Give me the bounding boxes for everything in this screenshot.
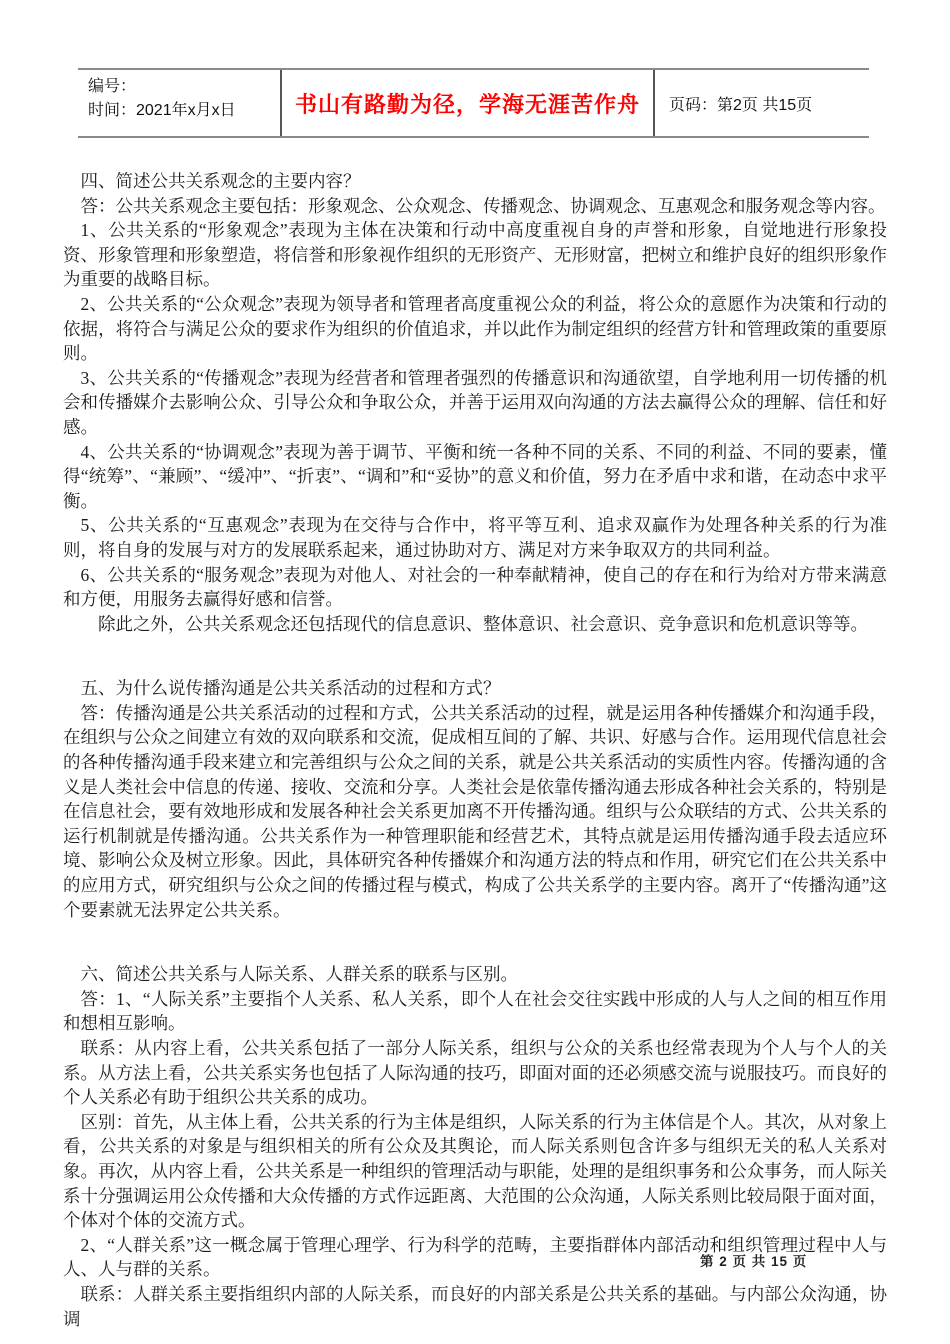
header-page-label: 页码：第2页 共15页 xyxy=(669,92,812,115)
paragraph: 答：公共关系观念主要包括：形象观念、公众观念、传播观念、协调观念、互惠观念和服务… xyxy=(63,194,887,219)
section-title: 四、简述公共关系观念的主要内容？ xyxy=(63,169,887,194)
paragraph: 答：传播沟通是公共关系活动的过程和方式，公共关系活动的过程，就是运用各种传播媒介… xyxy=(63,701,887,922)
header-motto-cell: 书山有路勤为径，学海无涯苦作舟 xyxy=(280,70,655,136)
document-page: 编号： 时间：2021年x月x日 书山有路勤为径，学海无涯苦作舟 页码：第2页 … xyxy=(0,0,950,1344)
header-left-cell: 编号： 时间：2021年x月x日 xyxy=(78,70,280,136)
section-6: 六、简述公共关系与人际关系、人群关系的联系与区别。 答：1、“人际关系”主要指个… xyxy=(63,962,887,1331)
paragraph: 6、公共关系的“服务观念”表现为对他人、对社会的一种奉献精神，使自己的存在和行为… xyxy=(63,563,887,612)
header-number-label: 编号： xyxy=(88,75,276,99)
paragraph: 答：1、“人际关系”主要指个人关系、私人关系，即个人在社会交往实践中形成的人与人… xyxy=(63,987,887,1036)
header-page-cell: 页码：第2页 共15页 xyxy=(655,70,869,136)
footer-page-number: 第 2 页 共 15 页 xyxy=(700,1250,807,1270)
paragraph: 3、公共关系的“传播观念”表现为经营者和管理者强烈的传播意识和沟通欲望，自学地利… xyxy=(63,366,887,440)
document-body: 四、简述公共关系观念的主要内容？ 答：公共关系观念主要包括：形象观念、公众观念、… xyxy=(63,169,887,1331)
paragraph: 4、公共关系的“协调观念”表现为善于调节、平衡和统一各种不同的关系、不同的利益、… xyxy=(63,440,887,514)
paragraph: 联系：从内容上看，公共关系包括了一部分人际关系，组织与公众的关系也经常表现为个人… xyxy=(63,1036,887,1110)
section-4: 四、简述公共关系观念的主要内容？ 答：公共关系观念主要包括：形象观念、公众观念、… xyxy=(63,169,887,636)
header-motto: 书山有路勤为径，学海无涯苦作舟 xyxy=(295,88,640,119)
paragraph: 除此之外，公共关系观念还包括现代的信息意识、整体意识、社会意识、竞争意识和危机意… xyxy=(63,612,887,637)
section-title: 六、简述公共关系与人际关系、人群关系的联系与区别。 xyxy=(63,962,887,987)
header-time-label: 时间：2021年x月x日 xyxy=(88,99,276,123)
section-5: 五、为什么说传播沟通是公共关系活动的过程和方式？ 答：传播沟通是公共关系活动的过… xyxy=(63,676,887,922)
paragraph: 1、公共关系的“形象观念”表现为主体在决策和行动中高度重视自身的声誉和形象，自觉… xyxy=(63,218,887,292)
paragraph: 联系：人群关系主要指组织内部的人际关系，而良好的内部关系是公共关系的基础。与内部… xyxy=(63,1282,887,1331)
paragraph: 2、公共关系的“公众观念”表现为领导者和管理者高度重视公众的利益，将公众的意愿作… xyxy=(63,292,887,366)
section-title: 五、为什么说传播沟通是公共关系活动的过程和方式？ xyxy=(63,676,887,701)
paragraph: 区别：首先，从主体上看，公共关系的行为主体是组织，人际关系的行为主体信是个人。其… xyxy=(63,1110,887,1233)
paragraph: 5、公共关系的“互惠观念”表现为在交待与合作中，将平等互利、追求双赢作为处理各种… xyxy=(63,513,887,562)
header-table: 编号： 时间：2021年x月x日 书山有路勤为径，学海无涯苦作舟 页码：第2页 … xyxy=(78,68,869,138)
